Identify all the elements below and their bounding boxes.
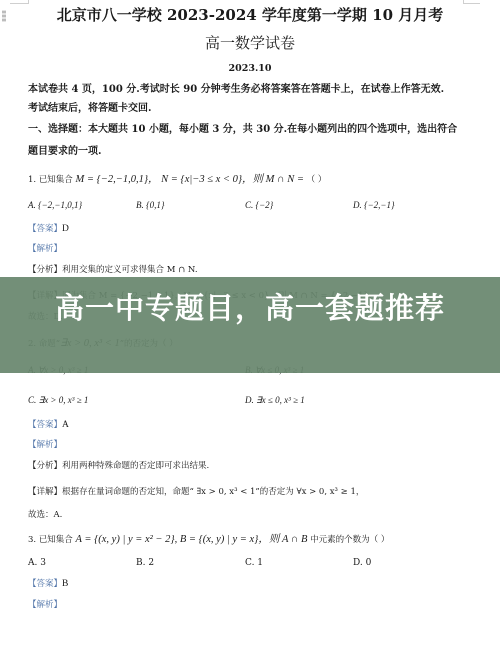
question-2-option-d: D. ∃x ≤ 0, x³ ≥ 1 xyxy=(245,393,305,407)
document-date: 2023.10 xyxy=(0,62,500,76)
question-1-suffix: （ ） xyxy=(307,175,327,185)
question-3-suffix: 中元素的个数为（ ） xyxy=(310,535,389,545)
question-1-answer: 【答案】D xyxy=(28,222,69,236)
section-heading-line-2: 题目要求的一项. xyxy=(28,145,101,159)
intro-line-1: 本试卷共 4 页，100 分.考试时长 90 分钟考生务必将答案答在答题卡上，在… xyxy=(28,83,444,97)
crop-mark-top-right xyxy=(463,0,480,4)
answer-value: A xyxy=(62,420,69,430)
question-1-option-c: C. {−2} xyxy=(245,198,273,212)
question-3-analysis-label: 【解析】 xyxy=(28,598,62,612)
question-1-option-a: A. {−2,−1,0,1} xyxy=(28,198,82,212)
question-3-math: A = {(x, y) | y = x² − 2}, B = {(x, y) |… xyxy=(76,534,308,545)
section-heading-line-1: 一、选择题：本大题共 10 小题，每小题 3 分，共 30 分.在每小题列出的四… xyxy=(28,123,457,137)
crop-mark-top-left xyxy=(10,0,29,4)
answer-label: 【答案】 xyxy=(28,420,62,430)
question-1-analysis-label: 【解析】 xyxy=(28,242,62,256)
question-3-prefix: 3. 已知集合 xyxy=(28,535,73,545)
question-2-conclusion: 故选：A. xyxy=(28,508,62,522)
answer-label: 【答案】 xyxy=(28,579,62,589)
question-2-xiangjie: 【详解】根据存在量词命题的否定知，命题“ ∃x > 0, x³ < 1”的否定为… xyxy=(28,485,364,499)
question-2-answer: 【答案】A xyxy=(28,418,69,432)
question-3-stem: 3. 已知集合 A = {(x, y) | y = x² − 2}, B = {… xyxy=(28,533,389,547)
question-2-fenxi: 【分析】利用两种特殊命题的否定即可求出结果. xyxy=(28,459,209,473)
question-3-option-c: C. 1 xyxy=(245,556,263,570)
question-2-analysis-label: 【解析】 xyxy=(28,438,62,452)
question-1-option-d: D. {−2,−1} xyxy=(353,198,395,212)
answer-value: B xyxy=(62,579,68,589)
question-3-option-b: B. 2 xyxy=(136,556,154,570)
answer-value: D xyxy=(62,224,69,234)
intro-line-2: 考试结束后，将答题卡交回. xyxy=(28,102,151,116)
document-title: 北京市八一学校 2023-2024 学年度第一学期 10 月月考 xyxy=(0,8,500,22)
question-1-option-b: B. {0,1} xyxy=(136,198,164,212)
promo-banner[interactable]: 高一中专题目，高一套题推荐 xyxy=(0,277,500,373)
answer-label: 【答案】 xyxy=(28,224,62,234)
question-1-fenxi: 【分析】利用交集的定义可求得集合 M ∩ N. xyxy=(28,263,198,277)
banner-title: 高一中专题目，高一套题推荐 xyxy=(55,286,445,327)
question-1-math: M = {−2,−1,0,1}， N = {x|−3 ≤ x < 0}，则 M … xyxy=(76,174,304,185)
question-3-option-a: A. 3 xyxy=(28,556,46,570)
document-subtitle: 高一数学试卷 xyxy=(0,36,500,50)
question-2-option-c: C. ∃x > 0, x³ ≥ 1 xyxy=(28,393,88,407)
question-1-prefix: 1. 已知集合 xyxy=(28,175,73,185)
question-3-answer: 【答案】B xyxy=(28,577,68,591)
question-3-option-d: D. 0 xyxy=(353,556,371,570)
question-1-stem: 1. 已知集合 M = {−2,−1,0,1}， N = {x|−3 ≤ x <… xyxy=(28,173,326,187)
